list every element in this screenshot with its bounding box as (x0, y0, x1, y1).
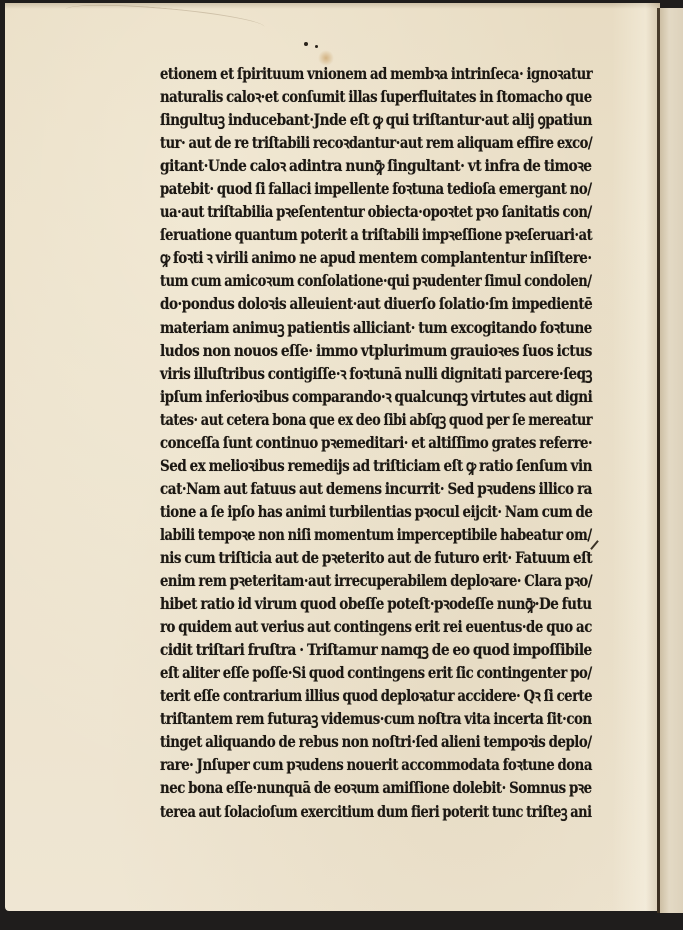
text-line: cidit triſtari fruſtra · Triſtamur namqꝫ… (160, 638, 543, 661)
text-line: ro quidem aut verius aut contingens erit… (160, 615, 532, 638)
text-line: tum cum amicoꝛum conſolatione·qui pꝛuden… (160, 269, 524, 292)
ink-dot (304, 42, 308, 46)
text-line: cat·Nam aut fatuus aut demens incurrit· … (160, 477, 538, 500)
ink-dot (315, 45, 318, 48)
text-line: gitant·Unde caloꝛ adintra nunꝙ̄ ſingulta… (160, 154, 544, 177)
text-line: triſtantem rem futuraꝫ videmus·cum noſtr… (160, 707, 532, 730)
text-line: ipſum inferioꝛibus comparando·ꝛ qualcunq… (160, 385, 536, 408)
text-line: eſt aliter eſſe poſſe·Si quod contingens… (160, 661, 529, 684)
text-line: labili tempoꝛe non niſi momentum imperce… (160, 523, 523, 546)
text-line: nec bona eſſe·nunquā de eoꝛum amiſſione … (160, 776, 531, 799)
text-line: ſeruatione quantum poterit a triſtabili … (160, 223, 523, 246)
text-line: ludos non nouos eſſe· immo vtplurimum gr… (160, 339, 543, 362)
text-line: tione a ſe ipſo has animi turbilentias p… (160, 500, 532, 523)
text-line: tates· aut cetera bona que ex deo ſibi a… (160, 408, 520, 431)
page-edge-shade (612, 3, 660, 911)
text-line: terea aut ſolacioſum exercitium dum fier… (160, 800, 521, 823)
text-line: do·pondus doloꝛis alleuient·aut diuerſo … (160, 292, 538, 315)
text-line: ua·aut triſtabilia pꝛeſententur obiecta·… (160, 200, 526, 223)
facing-page-edge (660, 8, 683, 913)
text-line: viris illuſtribus contigiſſe·ꝛ foꝛtunā n… (160, 362, 535, 385)
text-line: ꝙ foꝛti ꝛ virili animo ne apud mentem co… (160, 246, 535, 269)
text-line: terit eſſe contrarium illius quod deploꝛ… (160, 684, 527, 707)
text-line: tur· aut de re triſtabili recoꝛdantur·au… (160, 131, 526, 154)
text-line: tinget aliquando de rebus non noſtri·ſed… (160, 730, 531, 753)
text-line: materiam animuꝫ patientis alliciant· tum… (160, 316, 535, 339)
text-line: nis cum triſticia aut de pꝛeterito aut d… (160, 546, 535, 569)
text-line: conceſſa ſunt continuo pꝛemeditari· et a… (160, 431, 531, 454)
body-text: etionem et ſpirituum vnionem ad membꝛa i… (160, 62, 592, 823)
text-line: hibet ratio id virum quod obeſſe poteſt·… (160, 592, 538, 615)
page-top-shadow (5, 3, 660, 9)
text-line: rare· Jnſuper cum pꝛudens nouerit accomm… (160, 753, 530, 776)
text-line: enim rem pꝛeteritam·aut irrecuperabilem … (160, 569, 528, 592)
text-line: ſingultuꝫ inducebant·Jnde eſt ꝙ qui triſ… (160, 108, 541, 131)
text-line: etionem et ſpirituum vnionem ad membꝛa i… (160, 62, 527, 85)
text-line: naturalis caloꝛ·et conſumit illas ſuperf… (160, 85, 530, 108)
text-line: Sed ex melioꝛibus remedijs ad triſticiam… (160, 454, 536, 477)
text-line: patebit· quod ſi fallaci impellente foꝛt… (160, 177, 529, 200)
